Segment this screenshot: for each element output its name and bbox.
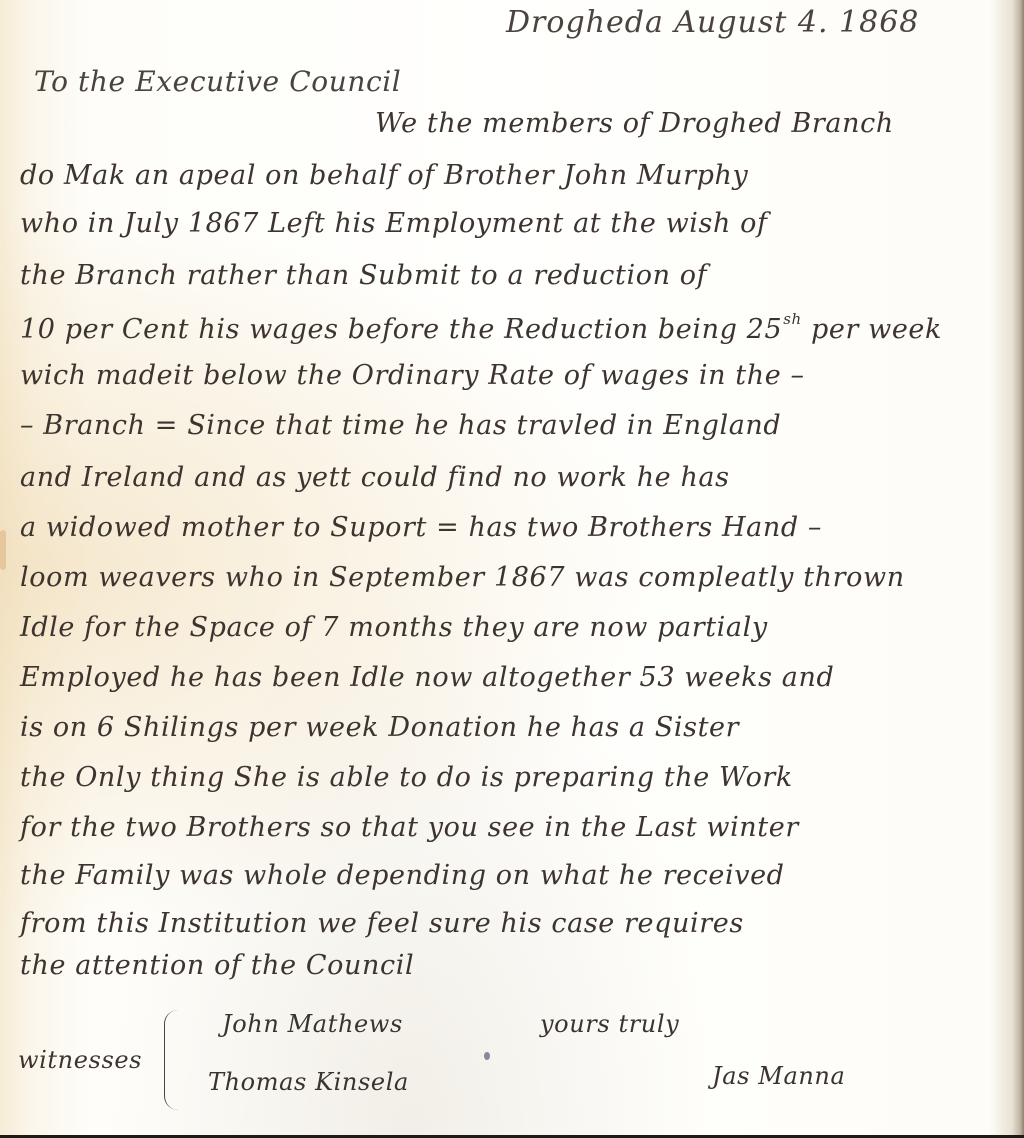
body-line-2: do Mak an apeal on behalf of Brother Joh… — [20, 162, 748, 189]
body-line-17: from this Institution we feel sure his c… — [20, 910, 744, 937]
body-line-6: wich madeit below the Ordinary Rate of w… — [20, 362, 805, 389]
body-line-18: the attention of the Council — [20, 952, 414, 979]
body-line-15: for the two Brothers so that you see in … — [20, 814, 799, 841]
body-line-7: – Branch = Since that time he has travle… — [20, 412, 781, 439]
body-line-3: who in July 1867 Left his Employment at … — [20, 210, 768, 237]
witness-2-name: Thomas Kinsela — [208, 1070, 409, 1094]
sender-signature: Jas Manna — [712, 1064, 845, 1088]
paper-stain — [0, 530, 6, 570]
witnesses-brace — [164, 1010, 181, 1110]
letter-salutation: To the Executive Council — [34, 68, 401, 96]
body-line-8: and Ireland and as yett could find no wo… — [20, 464, 730, 491]
body-line-13: is on 6 Shilings per week Donation he ha… — [20, 714, 739, 741]
body-line-14: the Only thing She is able to do is prep… — [20, 764, 793, 791]
body-line-5-tail: per week — [811, 314, 942, 345]
shilling-superscript: sh — [783, 310, 802, 328]
witness-1-name: John Mathews — [222, 1012, 403, 1036]
letter-dateline: Drogheda August 4. 1868 — [506, 8, 919, 38]
body-line-5: 10 per Cent his wages before the Reducti… — [20, 312, 942, 343]
body-line-9: a widowed mother to Suport = has two Bro… — [20, 514, 822, 541]
body-line-12: Employed he has been Idle now altogether… — [20, 664, 834, 691]
ink-spot — [484, 1052, 490, 1060]
handwritten-letter-page: Drogheda August 4. 1868 To the Executive… — [0, 0, 1024, 1138]
closing-phrase: yours truly — [540, 1012, 679, 1036]
witnesses-label: witnesses — [18, 1048, 142, 1072]
body-line-5-text: 10 per Cent his wages before the Reducti… — [20, 314, 782, 345]
body-line-4: the Branch rather than Submit to a reduc… — [20, 262, 707, 289]
body-line-10: loom weavers who in September 1867 was c… — [20, 564, 905, 591]
body-line-16: the Family was whole depending on what h… — [20, 862, 785, 889]
body-line-11: Idle for the Space of 7 months they are … — [20, 614, 768, 641]
body-line-1: We the members of Droghed Branch — [375, 110, 894, 137]
